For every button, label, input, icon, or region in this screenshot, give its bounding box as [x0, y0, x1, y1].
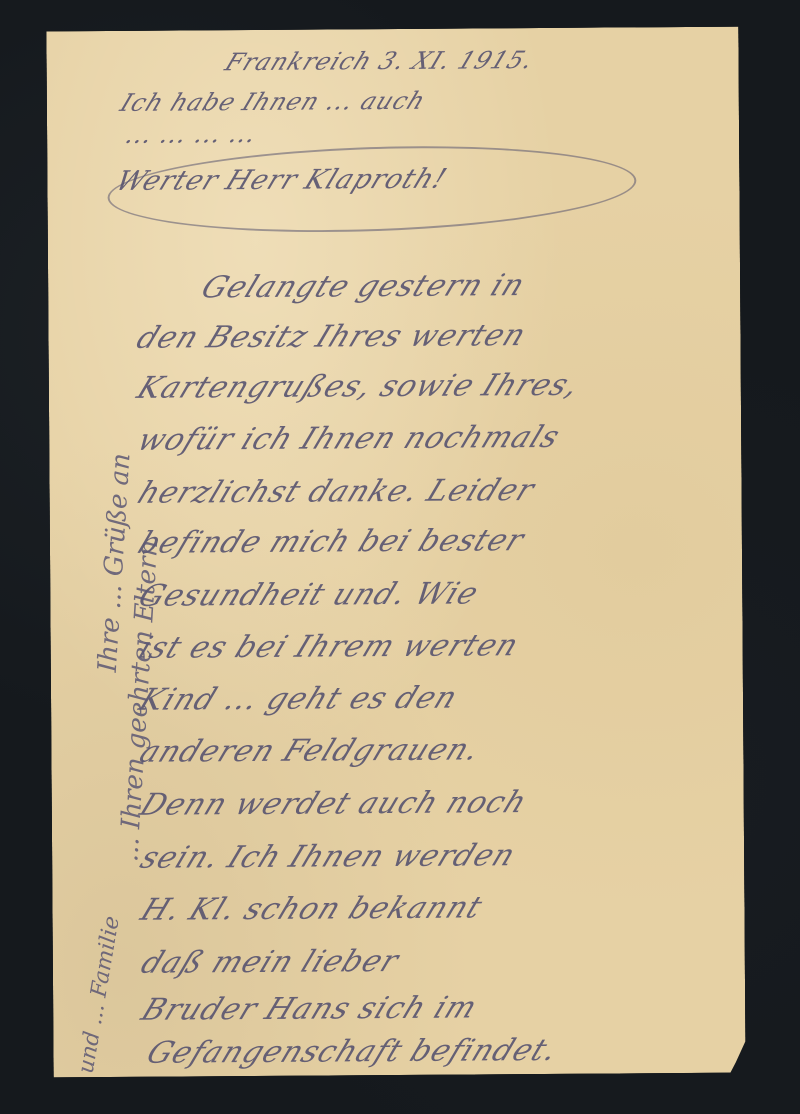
place-date-line: Frankreich 3. XI. 1915.: [221, 46, 538, 76]
body-line: Gelangte gestern in: [196, 268, 530, 305]
body-line: Gesundheit und. Wie: [133, 576, 484, 613]
body-line: H. Kl. schon bekannt: [136, 890, 488, 927]
body-line: ist es bei Ihrem werten: [134, 628, 524, 666]
body-line: wofür ich Ihnen nochmals: [132, 420, 565, 458]
salutation: Werter Herr Klaproth!: [111, 164, 451, 197]
body-line: Bruder Hans sich im: [136, 990, 482, 1027]
body-line: herzlichst danke. Leider: [133, 473, 540, 511]
body-line: den Besitz Ihres werten: [132, 318, 532, 356]
body-line: Gefangenschaft befindet.: [142, 1033, 564, 1071]
body-line: befinde mich bei bester: [133, 523, 530, 561]
header-line-1: Ich habe Ihnen ... auch: [116, 87, 430, 117]
postcard: Frankreich 3. XI. 1915. Ich habe Ihnen .…: [46, 27, 745, 1078]
header-line-2: ... ... ... ...: [122, 120, 263, 149]
body-line: Kind ... geht es den: [134, 681, 463, 718]
body-line: sein. Ich Ihnen werden: [135, 838, 521, 876]
body-line: daß mein lieber: [136, 944, 404, 981]
body-line: Kartengrußes, sowie Ihres,: [132, 368, 585, 406]
body-line: anderen Feldgrauen.: [134, 732, 485, 769]
body-line: Denn werdet auch noch: [135, 785, 533, 823]
margin-note-line: und ... Familie: [74, 914, 125, 1075]
